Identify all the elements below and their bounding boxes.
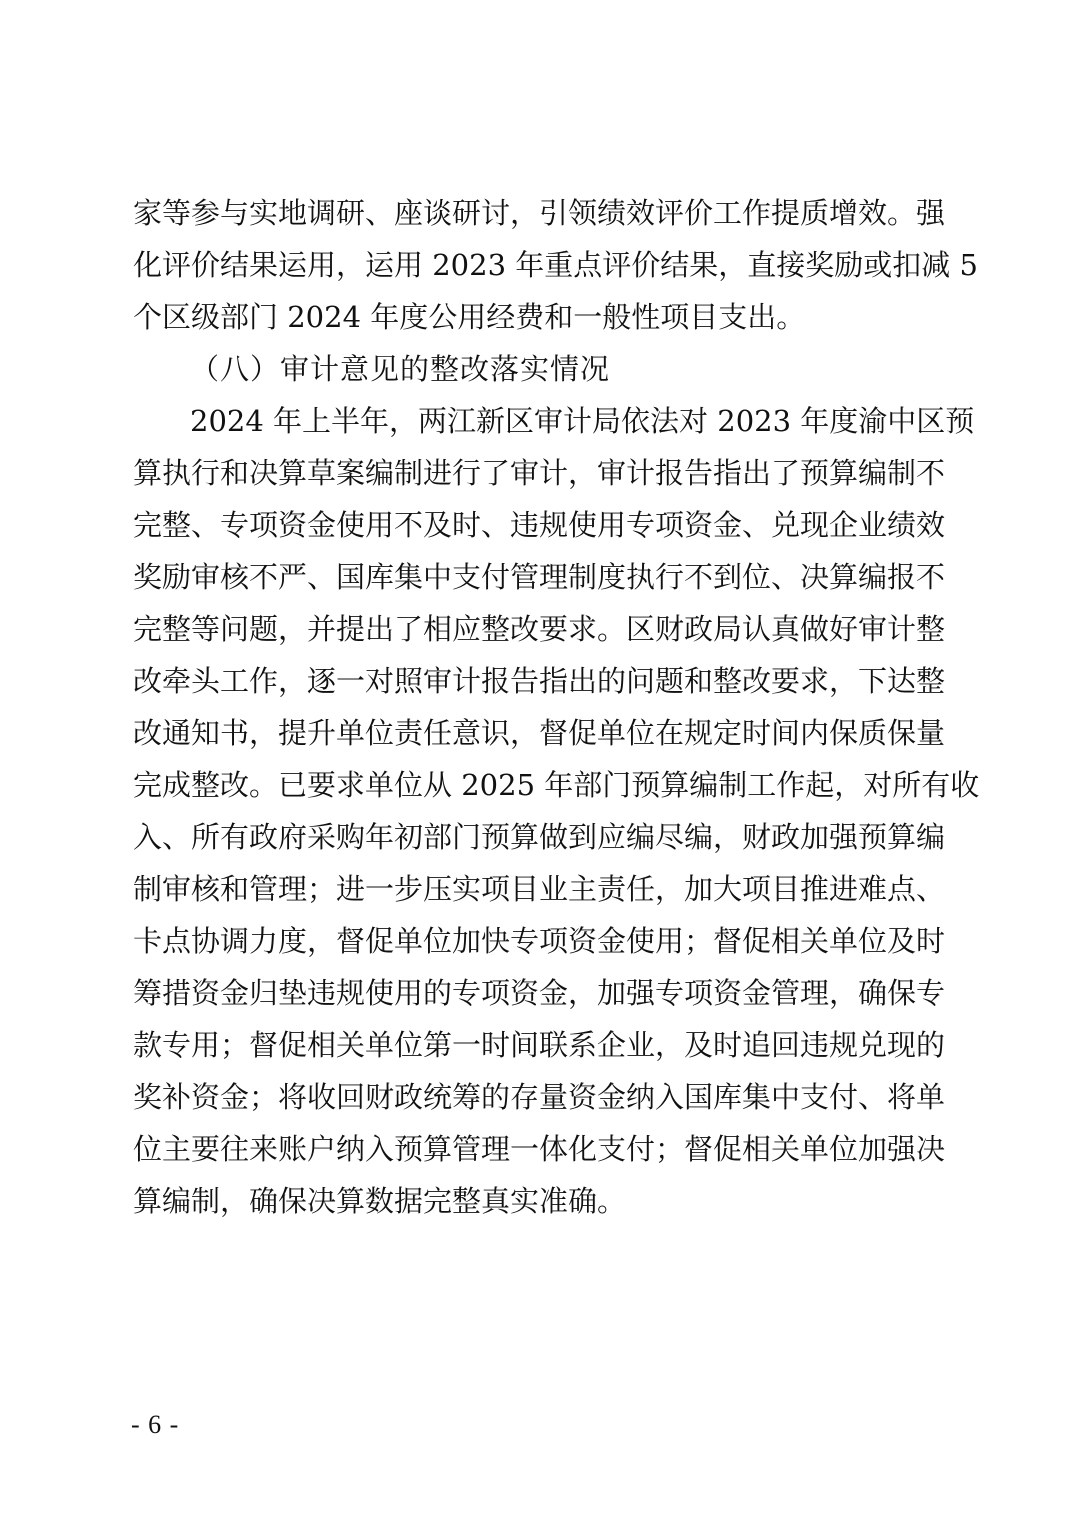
paragraph-line: 算执行和决算草案编制进行了审计，审计报告指出了预算编制不 — [133, 447, 945, 499]
paragraph-line: 完整、专项资金使用不及时、违规使用专项资金、兑现企业绩效 — [133, 499, 945, 551]
paragraph-line: 个区级部门 2024 年度公用经费和一般性项目支出。 — [133, 291, 945, 343]
paragraph-line: 2024 年上半年，两江新区审计局依法对 2023 年度渝中区预 — [190, 395, 945, 447]
page-number: - 6 - — [131, 1410, 179, 1440]
paragraph-line: 家等参与实地调研、座谈研讨，引领绩效评价工作提质增效。强 — [133, 187, 945, 239]
paragraph-line: 筹措资金归垫违规使用的专项资金，加强专项资金管理，确保专 — [133, 967, 945, 1019]
paragraph-line: 完整等问题，并提出了相应整改要求。区财政局认真做好审计整 — [133, 603, 945, 655]
paragraph-line: 化评价结果运用，运用 2023 年重点评价结果，直接奖励或扣减 5 — [133, 239, 945, 291]
paragraph-line: 改通知书，提升单位责任意识，督促单位在规定时间内保质保量 — [133, 707, 945, 759]
paragraph-line: 算编制，确保决算数据完整真实准确。 — [133, 1175, 945, 1227]
paragraph-line: 奖励审核不严、国库集中支付管理制度执行不到位、决算编报不 — [133, 551, 945, 603]
paragraph-line: 款专用；督促相关单位第一时间联系企业，及时追回违规兑现的 — [133, 1019, 945, 1071]
section-heading: （八）审计意见的整改落实情况 — [190, 343, 945, 395]
paragraph-line: 入、所有政府采购年初部门预算做到应编尽编，财政加强预算编 — [133, 811, 945, 863]
paragraph-line: 卡点协调力度，督促单位加快专项资金使用；督促相关单位及时 — [133, 915, 945, 967]
document-page: 家等参与实地调研、座谈研讨，引领绩效评价工作提质增效。强 化评价结果运用，运用 … — [0, 0, 1074, 1520]
paragraph-line: 奖补资金；将收回财政统筹的存量资金纳入国库集中支付、将单 — [133, 1071, 945, 1123]
paragraph-line: 完成整改。已要求单位从 2025 年部门预算编制工作起，对所有收 — [133, 759, 945, 811]
paragraph-line: 位主要往来账户纳入预算管理一体化支付；督促相关单位加强决 — [133, 1123, 945, 1175]
paragraph-line: 改牵头工作，逐一对照审计报告指出的问题和整改要求，下达整 — [133, 655, 945, 707]
paragraph-line: 制审核和管理；进一步压实项目业主责任，加大项目推进难点、 — [133, 863, 945, 915]
